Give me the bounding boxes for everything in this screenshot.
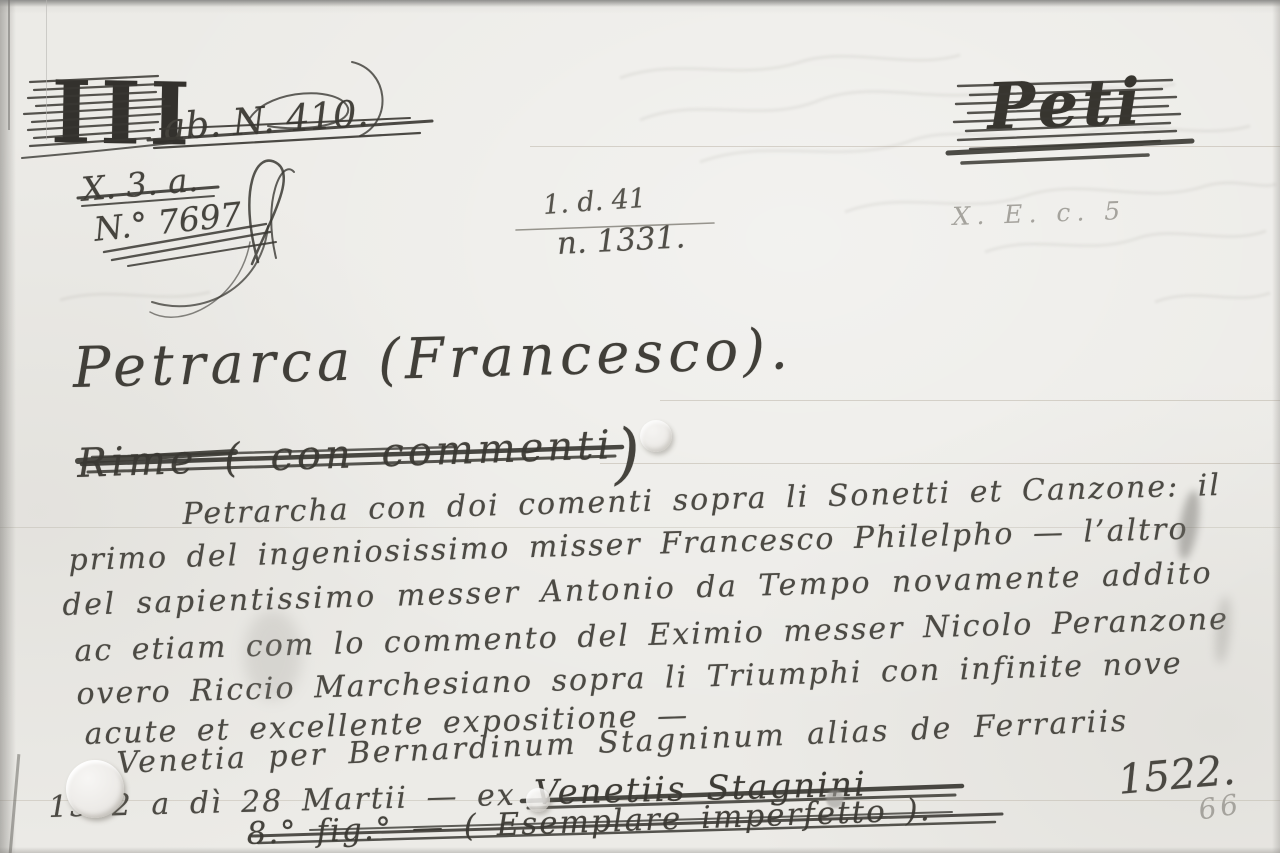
shelfmark-bottom: n. 1331. xyxy=(556,219,686,262)
paper-edge-line xyxy=(9,754,21,853)
punch-hole xyxy=(66,760,124,818)
scanned-catalog-card: III ab. N. 410. X. 3. a. N.° 7697 1. d. … xyxy=(0,0,1280,853)
paper-edge xyxy=(1272,0,1280,853)
ruled-line xyxy=(530,146,1280,147)
pencil-shelfmark: X. E. c. 5 xyxy=(952,196,1127,231)
shelfmark-top: 1. d. 41 xyxy=(542,183,647,221)
paper-edge xyxy=(0,0,1280,7)
paper-edge xyxy=(0,0,16,853)
embossed-dot xyxy=(526,788,550,812)
ruled-line xyxy=(660,400,1280,401)
paper-edge xyxy=(0,847,1280,853)
catalog-card-paper: III ab. N. 410. X. 3. a. N.° 7697 1. d. … xyxy=(0,0,1280,853)
pencil-folio-number: 66 xyxy=(1196,787,1244,826)
ruled-line xyxy=(600,463,1280,464)
author-heading: Petrarca (Francesco). xyxy=(72,317,794,401)
struck-title-abbreviation: Peti xyxy=(986,65,1146,145)
embossed-dot xyxy=(640,420,672,452)
struck-subtitle-text: Rime ( con commenti xyxy=(76,422,614,487)
paper-edge-line xyxy=(8,0,10,130)
crease-line xyxy=(46,0,47,140)
subtitle-close-paren: ) xyxy=(613,414,645,492)
